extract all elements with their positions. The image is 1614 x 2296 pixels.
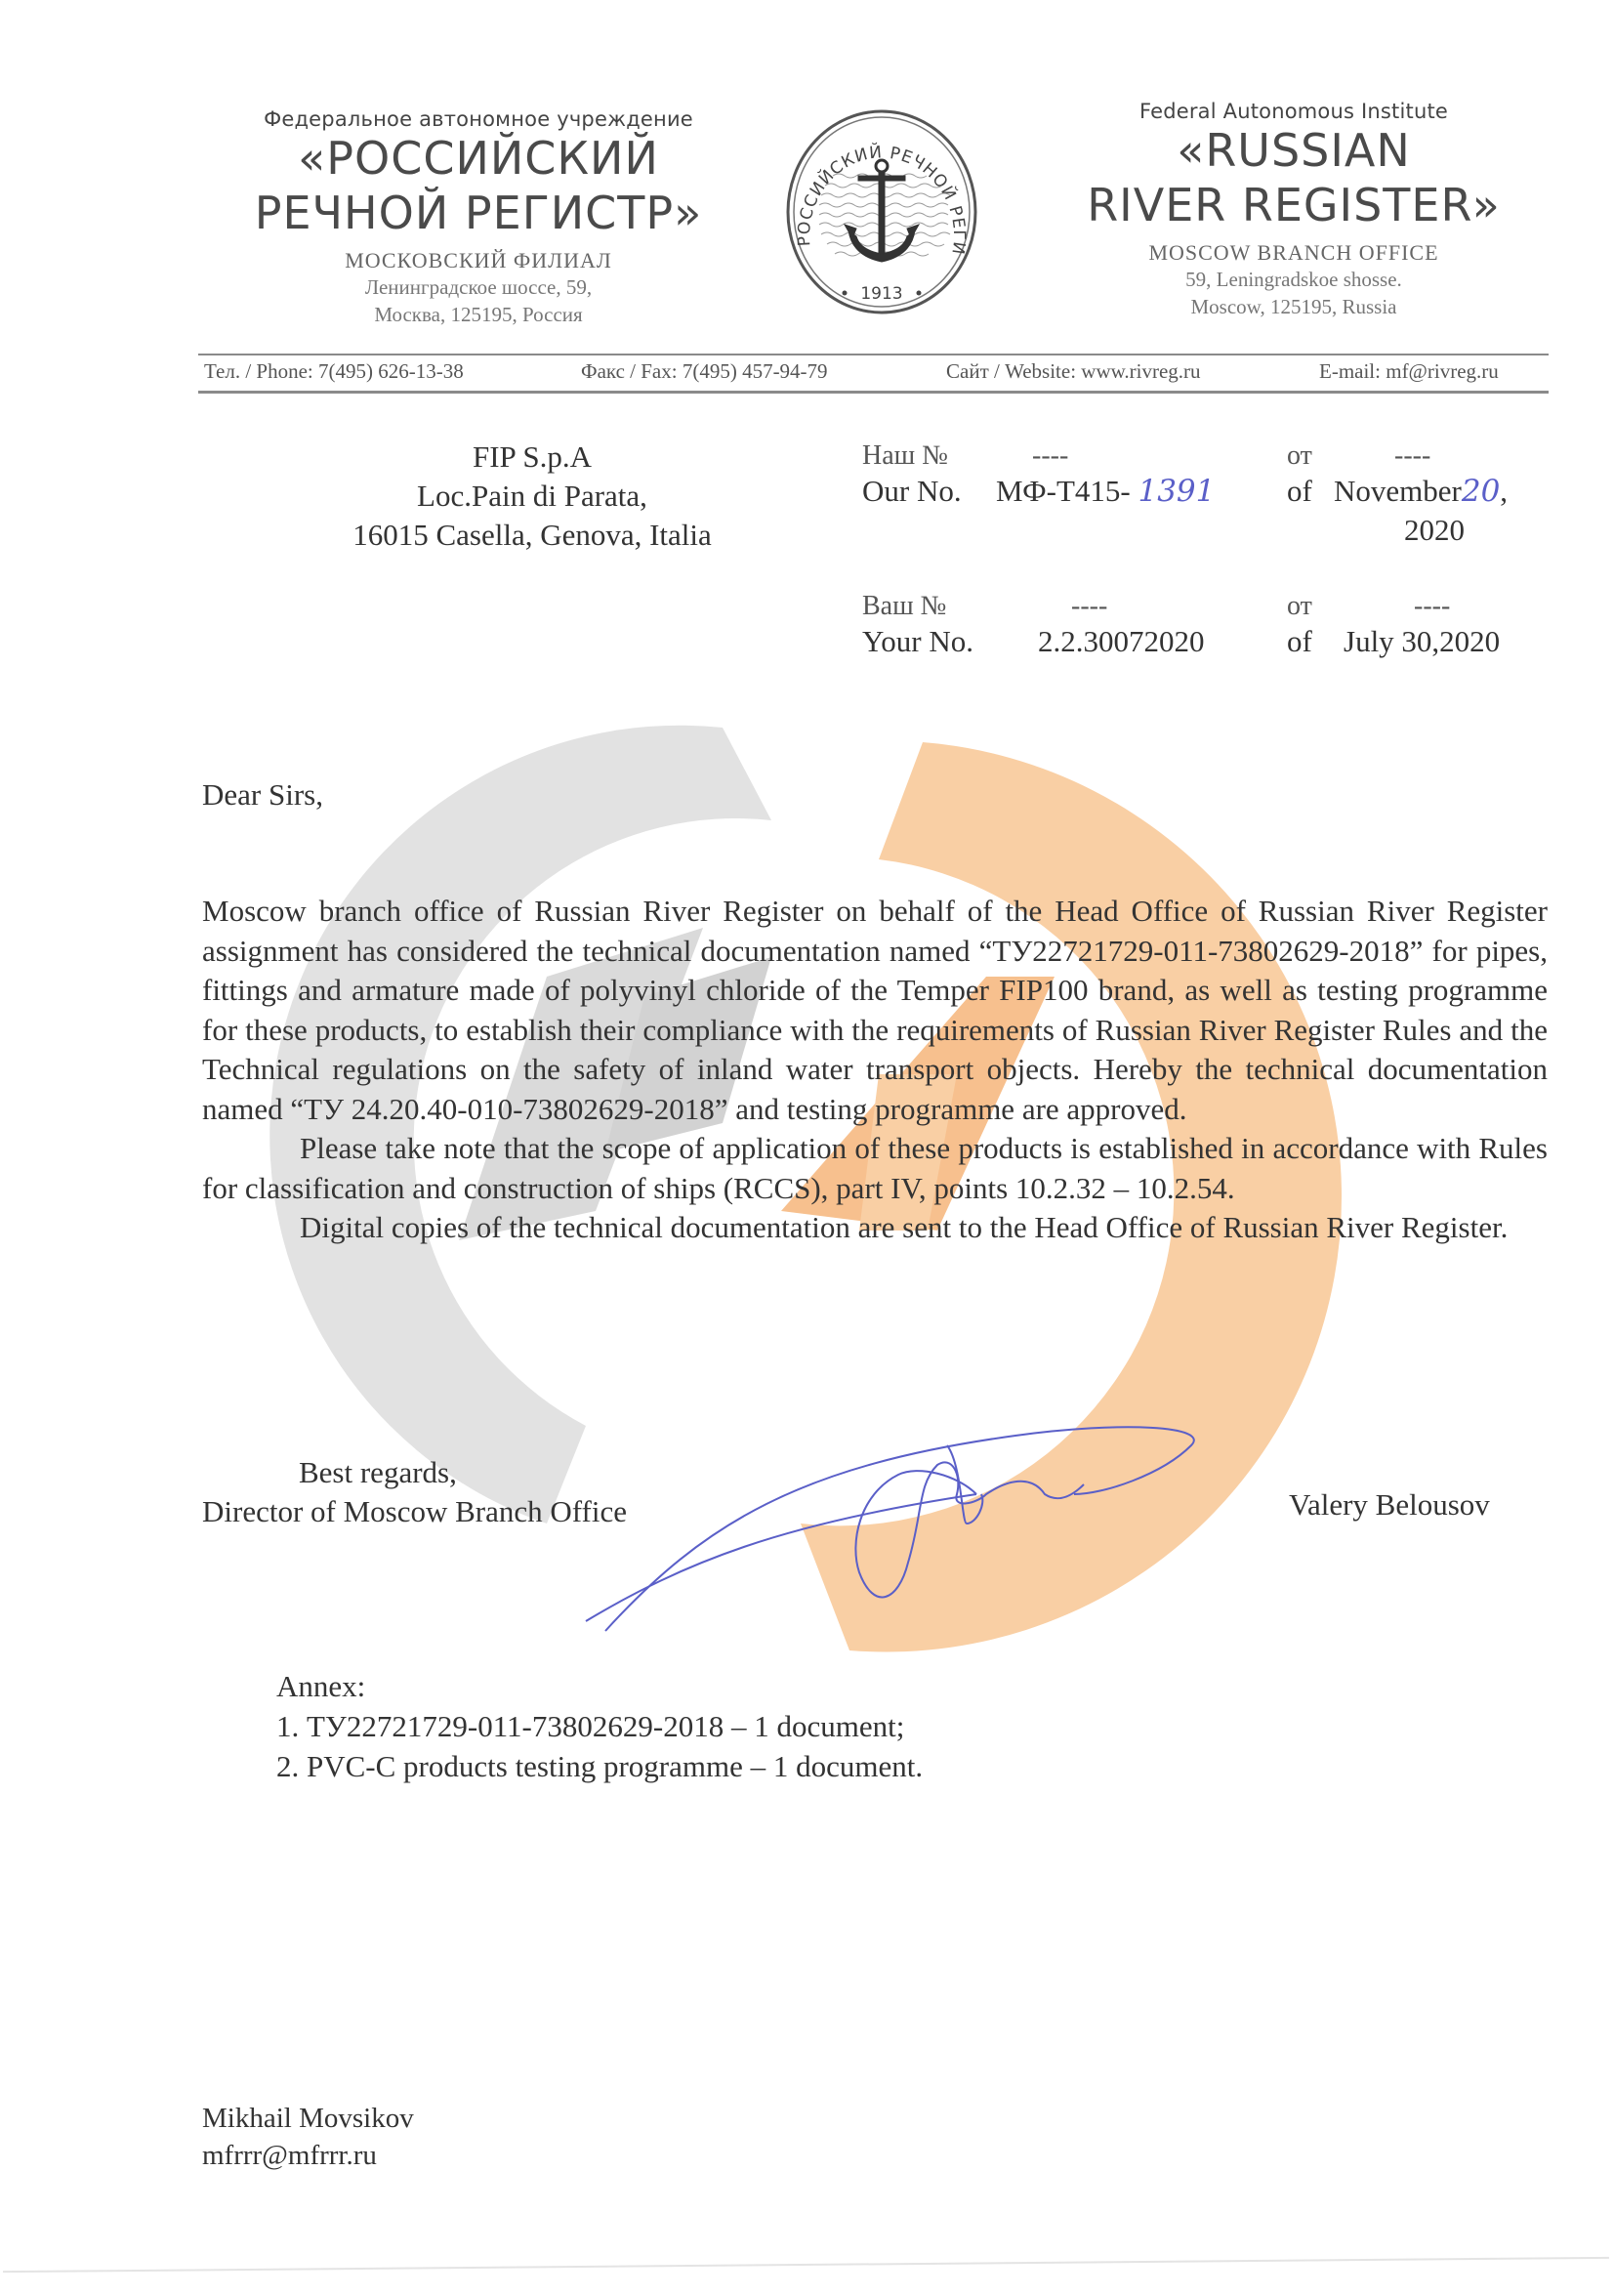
our-number-prefix: МФ-Т415- <box>996 474 1131 508</box>
closing: Best regards, <box>299 1455 457 1490</box>
org-name-ru-line1: «РОССИЙСКИЙ <box>195 131 762 186</box>
org-name-ru-line2: РЕЧНОЙ РЕГИСТР» <box>195 186 762 240</box>
contact-person: Mikhail Movsikov mfrrr@mfrrr.ru <box>202 2100 414 2174</box>
our-date: November20, <box>1334 473 1508 510</box>
address-en-line2: Moscow, 125195, Russia <box>1035 293 1552 320</box>
letterhead-russian: Федеральное автономное учреждение «РОССИ… <box>195 107 762 328</box>
recipient-line3: 16015 Casella, Genova, Italia <box>303 516 762 555</box>
your-date-placeholder: ---- <box>1414 588 1450 625</box>
contact-bar: Тел. / Phone: 7(495) 626-13-38 Факс / Fa… <box>198 354 1549 394</box>
org-name-en-line2: RIVER REGISTER» <box>1035 178 1552 232</box>
your-no-placeholder: ---- <box>1071 588 1107 625</box>
letterhead-english: Federal Autonomous Institute «RUSSIAN RI… <box>1035 100 1552 320</box>
signatory-title: Director of Moscow Branch Office <box>202 1494 627 1529</box>
paragraph-1: Moscow branch office of Russian River Re… <box>202 892 1548 1129</box>
your-no-label-ru: Ваш № <box>862 588 946 625</box>
anchor-seal-icon: РОССИЙСКИЙ РЕЧНОЙ РЕГИСТР 1913 <box>784 107 979 316</box>
our-number: МФ-Т415- 1391 <box>996 473 1215 510</box>
annex-title: Annex: <box>276 1666 923 1706</box>
contact-person-name: Mikhail Movsikov <box>202 2100 414 2137</box>
phone: Тел. / Phone: 7(495) 626-13-38 <box>204 359 464 384</box>
greeting: Dear Sirs, <box>202 777 323 813</box>
fax: Факс / Fax: 7(495) 457-94-79 <box>581 359 828 384</box>
email-link[interactable]: E-mail: mf@rivreg.ru <box>1319 359 1499 384</box>
annex-item: 2. PVC-C products testing programme – 1 … <box>276 1746 923 1786</box>
website-link[interactable]: Сайт / Website: www.rivreg.ru <box>946 359 1201 384</box>
org-name-en-line1: «RUSSIAN <box>1035 123 1552 178</box>
your-date: July 30,2020 <box>1344 623 1500 660</box>
our-no-label-ru: Наш № <box>862 438 948 475</box>
branch-ru: МОСКОВСКИЙ ФИЛИАЛ <box>195 248 762 273</box>
annex-item: 1. ТУ22721729-011-73802629-2018 – 1 docu… <box>276 1706 923 1746</box>
our-number-handwritten: 1391 <box>1138 474 1215 509</box>
recipient-line2: Loc.Pain di Parata, <box>303 477 762 516</box>
signatory-name: Valery Belousov <box>1289 1487 1490 1523</box>
svg-text:1913: 1913 <box>860 284 902 304</box>
address-en-line1: 59, Leningradskoe shosse. <box>1035 266 1552 293</box>
our-date-month: November <box>1334 474 1462 508</box>
page-edge-divider <box>3 2257 1609 2273</box>
address-ru-line1: Ленинградское шоссе, 59, <box>195 273 762 301</box>
our-date-year: 2020 <box>1404 512 1465 549</box>
org-type-ru: Федеральное автономное учреждение <box>195 107 762 131</box>
branch-en: MOSCOW BRANCH OFFICE <box>1035 240 1552 266</box>
recipient-line1: FIP S.p.A <box>303 438 762 477</box>
org-type-en: Federal Autonomous Institute <box>1035 100 1552 123</box>
our-no-label-en: Our No. <box>862 473 962 510</box>
our-date-day-handwritten: 20 <box>1462 474 1500 509</box>
your-number: 2.2.30072020 <box>1038 623 1205 660</box>
our-no-placeholder: ---- <box>1032 438 1068 475</box>
svg-text:РОССИЙСКИЙ РЕЧНОЙ РЕГИСТР: РОССИЙСКИЙ РЕЧНОЙ РЕГИСТР <box>784 107 969 257</box>
recipient-address: FIP S.p.A Loc.Pain di Parata, 16015 Case… <box>303 438 762 555</box>
annex: Annex: 1. ТУ22721729-011-73802629-2018 –… <box>276 1666 923 1786</box>
paragraph-2: Please take note that the scope of appli… <box>202 1129 1548 1208</box>
our-date-placeholder: ---- <box>1394 438 1430 475</box>
your-date-label-ru: от <box>1287 588 1312 625</box>
your-no-label-en: Your No. <box>862 623 973 660</box>
paragraph-3: Digital copies of the technical document… <box>202 1208 1548 1248</box>
contact-person-email[interactable]: mfrrr@mfrrr.ru <box>202 2137 414 2174</box>
letter-body: Moscow branch office of Russian River Re… <box>202 892 1548 1248</box>
address-ru-line2: Москва, 125195, Россия <box>195 301 762 328</box>
our-date-label-ru: от <box>1287 438 1312 475</box>
our-date-label-en: of <box>1287 473 1312 510</box>
your-date-label-en: of <box>1287 623 1312 660</box>
